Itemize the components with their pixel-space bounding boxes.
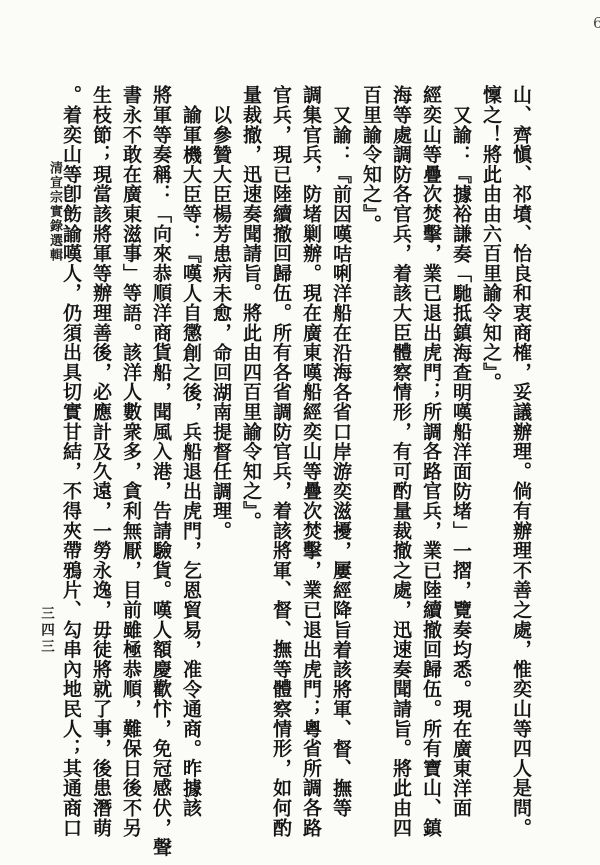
text-column: 以參贊大臣楊芳患病未愈，命回湖南提督任調理。 bbox=[205, 85, 235, 855]
book-page: 6 山、齊愼、祁墳、怡良和衷商榷，妥議辦理。倘有辦理不善之處，惟奕山等四人是問。… bbox=[0, 0, 600, 865]
text-column: 百里諭令知之』。 bbox=[355, 85, 385, 855]
main-text-block: 山、齊愼、祁墳、怡良和衷商榷，妥議辦理。倘有辦理不善之處，惟奕山等四人是問。 懍… bbox=[55, 85, 535, 855]
text-column: 又諭：『據裕謙奏「馳抵鎮海查明嘆船洋面防堵」一摺，覽奏均悉。現在廣東洋面 bbox=[445, 85, 475, 855]
text-column: 懍之！將此由由六百里諭令知之』。 bbox=[475, 85, 505, 855]
text-column: 海等處調防各官兵，着該大臣體察情形，有可酌量裁撤之處，迅速奏聞請旨。將此由四 bbox=[385, 85, 415, 855]
text-column: 經奕山等疊次焚擊，業已退出虎門；所調各路官兵，業已陸續撤回歸伍。所有寶山、鎮 bbox=[415, 85, 445, 855]
text-column: 調集官兵，防堵剿辦。現在廣東嘆船經奕山等疊次焚擊，業已退出虎門；粵省所調各路 bbox=[295, 85, 325, 855]
book-margin-title: 清宣宗實錄選輯 bbox=[46, 161, 65, 263]
text-column: 書永不敢在廣東滋事」等語。該洋人數衆多，貪利無厭，目前雖極恭順，難保日後不另 bbox=[115, 85, 145, 855]
text-column: 諭軍機大臣等：『嘆人自懲創之後，兵船退出虎門，乞恩貿易，准令通商。昨據該 bbox=[175, 85, 205, 855]
page-number: 三四三 bbox=[36, 606, 56, 656]
text-column: 山、齊愼、祁墳、怡良和衷商榷，妥議辦理。倘有辦理不善之處，惟奕山等四人是問。 bbox=[505, 85, 535, 855]
corner-page-number: 6 bbox=[593, 14, 600, 32]
text-column: 生枝節；現當該將軍等辦理善後，必應計及久遠，一勞永逸，毋徒將就了事，後患潛萌 bbox=[85, 85, 115, 855]
text-column: 官兵，現已陸續撤回歸伍。所有各省調防官兵，着該將軍、督、撫等體察情形，如何酌 bbox=[265, 85, 295, 855]
text-column: 又諭：『前因嘆咭唎洋船在沿海各省口岸游奕滋擾，屢經降旨着該將軍、督、撫等 bbox=[325, 85, 355, 855]
text-column: 將軍等奏稱：「向來恭順洋商貨船，聞風入港，告請驗貨。嘆人額慶歡忭，免冠感伏，聲 bbox=[145, 85, 175, 855]
text-column: 量裁撤，迅速奏聞請旨。將此由四百里諭令知之』。 bbox=[235, 85, 265, 855]
